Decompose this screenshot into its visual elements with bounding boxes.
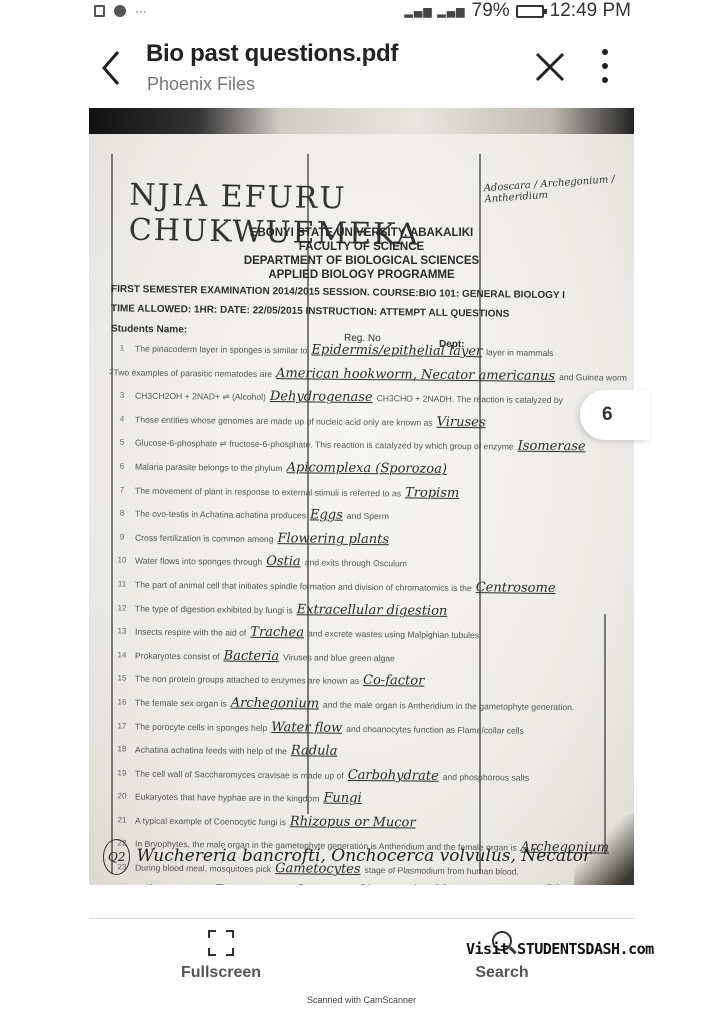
handwritten-answer: Rhizopus or Mucor — [290, 814, 416, 830]
handwritten-answer: Centrosome — [476, 580, 556, 596]
question-prompt: A typical example of Coenocytic fungi is — [135, 816, 286, 828]
status-right: ▂▄▆ ▂▄▆ 79% 12:49 PM — [404, 0, 631, 22]
search-label: Search — [442, 964, 562, 982]
question-suffix: and Sperm — [347, 511, 389, 521]
question-text: Insects respire with the aid ofTracheaan… — [135, 624, 619, 644]
pdf-page[interactable]: NJIA EFURU CHUKWUEMEKA Adoscara / Archeg… — [89, 108, 634, 885]
question-number: 4 — [109, 414, 135, 423]
handwritten-answer: Bacteria — [223, 649, 279, 665]
question-text: The part of animal cell that initiates s… — [135, 577, 619, 597]
app-bar: Bio past questions.pdf Phoenix Files — [0, 26, 723, 106]
back-button[interactable] — [96, 48, 126, 88]
status-bar: ··· ▂▄▆ ▂▄▆ 79% 12:49 PM — [0, 0, 723, 26]
handwritten-answer: Fungi — [323, 791, 361, 806]
question-prompt: Those entities whose genomes are made up… — [135, 415, 433, 428]
exam-header: EBONYI STATE UNIVERSITY, ABAKALIKI FACUL… — [89, 226, 634, 282]
q2-label: Q2 — [103, 839, 130, 875]
handwritten-answer: Trachea — [250, 625, 304, 641]
question-text: Those entities whose genomes are made up… — [135, 412, 619, 432]
question-prompt: The movement of plant in response to ext… — [135, 485, 401, 498]
question-number: 16 — [109, 698, 135, 707]
close-button[interactable] — [533, 50, 567, 84]
camscanner-footer: Scanned with CamScanner — [0, 995, 723, 1005]
battery-percent: 79% — [472, 0, 510, 22]
screenshot-icon — [94, 5, 105, 17]
exam-session-line: FIRST SEMESTER EXAMINATION 2014/2015 SES… — [111, 284, 565, 301]
question-prompt: The porocyte cells in sponges help — [135, 721, 267, 732]
page-curl-shadow — [574, 815, 634, 885]
question-number: 5 — [109, 438, 135, 447]
handwritten-answer: Tropism — [405, 485, 459, 501]
scanned-exam-sheet: NJIA EFURU CHUKWUEMEKA Adoscara / Archeg… — [89, 134, 634, 885]
question-number: 6 — [109, 462, 135, 471]
handwritten-answer: Water flow — [271, 720, 342, 736]
notification-icon — [114, 5, 126, 17]
faculty: FACULTY OF SCIENCE — [89, 240, 634, 254]
handwritten-answer: Ostia — [266, 555, 301, 570]
question-text: Glucose-6-phosphate ⇌ fructose-6-phospha… — [135, 435, 619, 455]
handwritten-answer: Co-factor — [363, 674, 424, 690]
question-number: 17 — [109, 721, 135, 730]
students-name-label: Students Name: — [111, 323, 187, 335]
question-text: CH3CH2OH + 2NAD+ ⇌ (Alcohol)Dehydrogenas… — [135, 388, 619, 408]
signal-icon: ▂▄▆ ▂▄▆ — [404, 5, 465, 18]
question-prompt: Cross fertilization is common among — [135, 533, 274, 544]
handwritten-answer: American hookworm, Necator americanus — [276, 366, 555, 384]
question-text: The movement of plant in response to ext… — [135, 482, 619, 502]
handwritten-answer: Apicomplexa (Sporozoa) — [287, 460, 448, 477]
watermark: Visit STUDENTSDASH.com — [466, 940, 654, 958]
institution: EBONYI STATE UNIVERSITY, ABAKALIKI — [89, 226, 634, 240]
toolbar-divider — [89, 918, 634, 919]
handwritten-answer: Isomerase — [518, 439, 586, 455]
question-number: 15 — [109, 674, 135, 683]
close-icon — [533, 50, 567, 84]
question-prompt: CH3CH2OH + 2NAD+ ⇌ (Alcohol) — [135, 391, 266, 402]
status-left-icons: ··· — [94, 4, 147, 18]
question-prompt: Malaria parasite belongs to the phylum — [135, 462, 283, 474]
question-text: Prokaryotes consist ofBacteriaViruses an… — [135, 648, 619, 668]
question-prompt: The cell wall of Saccharomyces cravisae … — [135, 769, 344, 781]
question-prompt: The type of digestion exhibited by fungi… — [135, 603, 293, 615]
question-text: Malaria parasite belongs to the phylumAp… — [135, 459, 619, 479]
question-prompt: Insects respire with the aid of — [135, 627, 246, 638]
question-text: Cross fertilization is common amongFlowe… — [135, 530, 619, 550]
question-number: 14 — [109, 650, 135, 659]
question-number: 12 — [109, 603, 135, 612]
question-number: 18 — [109, 745, 135, 754]
question-number: 21 — [109, 816, 135, 825]
question-number: 8 — [109, 509, 135, 518]
question-suffix: and the male organ is Antheridium in the… — [323, 700, 574, 713]
document-source: Phoenix Files — [147, 74, 255, 95]
question-prompt: Glucose-6-phosphate ⇌ fructose-6-phospha… — [135, 438, 514, 452]
question-number: 3 — [109, 391, 135, 400]
question-text: A typical example of Coenocytic fungi is… — [135, 813, 619, 833]
question-number: 20 — [109, 792, 135, 801]
question-list: 1The pinacoderm layer in sponges is simi… — [109, 339, 619, 882]
handwritten-answer: Epidermis/epithelial layer — [311, 343, 482, 360]
question-suffix: and phosphorous salts — [443, 772, 530, 783]
question-suffix: layer in mammals — [486, 348, 553, 359]
more-vertical-icon-dot — [602, 63, 608, 69]
q2-answer-block: Q2Wuchereria bancrofti, Onchocerca volvu… — [103, 839, 623, 885]
programme: APPLIED BIOLOGY PROGRAMME — [89, 268, 634, 282]
handwritten-answer: Dehydrogenase — [270, 389, 373, 405]
more-vertical-icon-dot — [602, 49, 608, 55]
fullscreen-icon — [208, 930, 234, 956]
question-prompt: Achatina achatina feeds with help of the — [135, 745, 287, 757]
question-text: Achatina achatina feeds with help of the… — [135, 742, 619, 762]
question-text: The female sex organ isArchegoniumand th… — [135, 695, 619, 715]
handwritten-answer: Extracellular digestion — [297, 602, 448, 619]
question-prompt: Two examples of parasitic nematodes are — [113, 367, 272, 379]
question-number: 7 — [109, 485, 135, 494]
question-prompt: The ovo-testis in Achatina achatina prod… — [135, 509, 306, 521]
question-text: The porocyte cells in sponges helpWater … — [135, 718, 619, 738]
question-prompt: The non protein groups attached to enzym… — [135, 674, 359, 686]
fullscreen-label: Fullscreen — [161, 964, 281, 982]
question-text: The type of digestion exhibited by fungi… — [135, 600, 619, 620]
question-prompt: The pinacoderm layer in sponges is simil… — [135, 344, 308, 356]
question-prompt: The female sex organ is — [135, 698, 227, 709]
question-number: 1 — [109, 344, 135, 353]
question-text: Two examples of parasitic nematodes areA… — [113, 364, 627, 384]
exam-time-line: TIME ALLOWED: 1HR: DATE: 22/05/2015 INST… — [111, 303, 509, 320]
handwritten-answer: Eggs — [310, 508, 343, 523]
page-indicator[interactable]: 6 — [580, 390, 650, 440]
question-prompt: Prokaryotes consist of — [135, 651, 220, 662]
question-number: 11 — [109, 580, 135, 589]
question-number: 10 — [109, 556, 135, 565]
question-suffix: and exits through Osculum — [305, 558, 407, 569]
chevron-left-icon — [96, 48, 126, 88]
more-options-button[interactable] — [596, 46, 614, 86]
question-text: The non protein groups attached to enzym… — [135, 671, 619, 691]
scan-edge — [89, 108, 634, 134]
question-prompt: Eukaryotes that have hyphae are in the k… — [135, 792, 320, 804]
question-suffix: Viruses and blue green algae — [283, 652, 395, 663]
question-text: The cell wall of Saccharomyces cravisae … — [135, 766, 619, 786]
question-number: 9 — [109, 532, 135, 541]
question-number: 19 — [109, 768, 135, 777]
handwritten-answer: Carbohydrate — [348, 768, 439, 784]
question-text: Water flows into sponges throughOstiaand… — [135, 553, 619, 573]
question-suffix: and Guinea worm — [559, 372, 627, 383]
handwritten-answer: Flowering plants — [277, 531, 389, 547]
question-prompt: The part of animal cell that initiates s… — [135, 580, 472, 594]
more-vertical-icon-dot — [602, 77, 608, 83]
battery-icon — [516, 5, 544, 18]
question-number: 13 — [109, 627, 135, 636]
question-text: Eukaryotes that have hyphae are in the k… — [135, 789, 619, 809]
fullscreen-button[interactable]: Fullscreen — [161, 928, 281, 982]
clock: 12:49 PM — [550, 0, 631, 22]
document-title: Bio past questions.pdf — [146, 40, 398, 68]
question-suffix: CH3CHO + 2NADH. The reaction is catalyze… — [377, 394, 563, 406]
question-suffix: and excrete wastes using Malpighian tubu… — [308, 629, 479, 641]
handwritten-answer: Viruses — [437, 415, 486, 431]
department: DEPARTMENT OF BIOLOGICAL SCIENCES — [89, 254, 634, 268]
question-suffix: and choanocytes function as Flame/collar… — [346, 724, 524, 736]
question-text: The pinacoderm layer in sponges is simil… — [135, 341, 619, 361]
question-text: The ovo-testis in Achatina achatina prod… — [135, 506, 619, 526]
question-prompt: Water flows into sponges through — [135, 556, 262, 567]
q2-answer: Wuchereria bancrofti, Onchocerca volvulu… — [103, 846, 591, 885]
handwritten-answer: Radula — [291, 744, 338, 759]
handwritten-answer: Archegonium — [231, 696, 319, 712]
more-notifications-icon: ··· — [135, 4, 147, 18]
